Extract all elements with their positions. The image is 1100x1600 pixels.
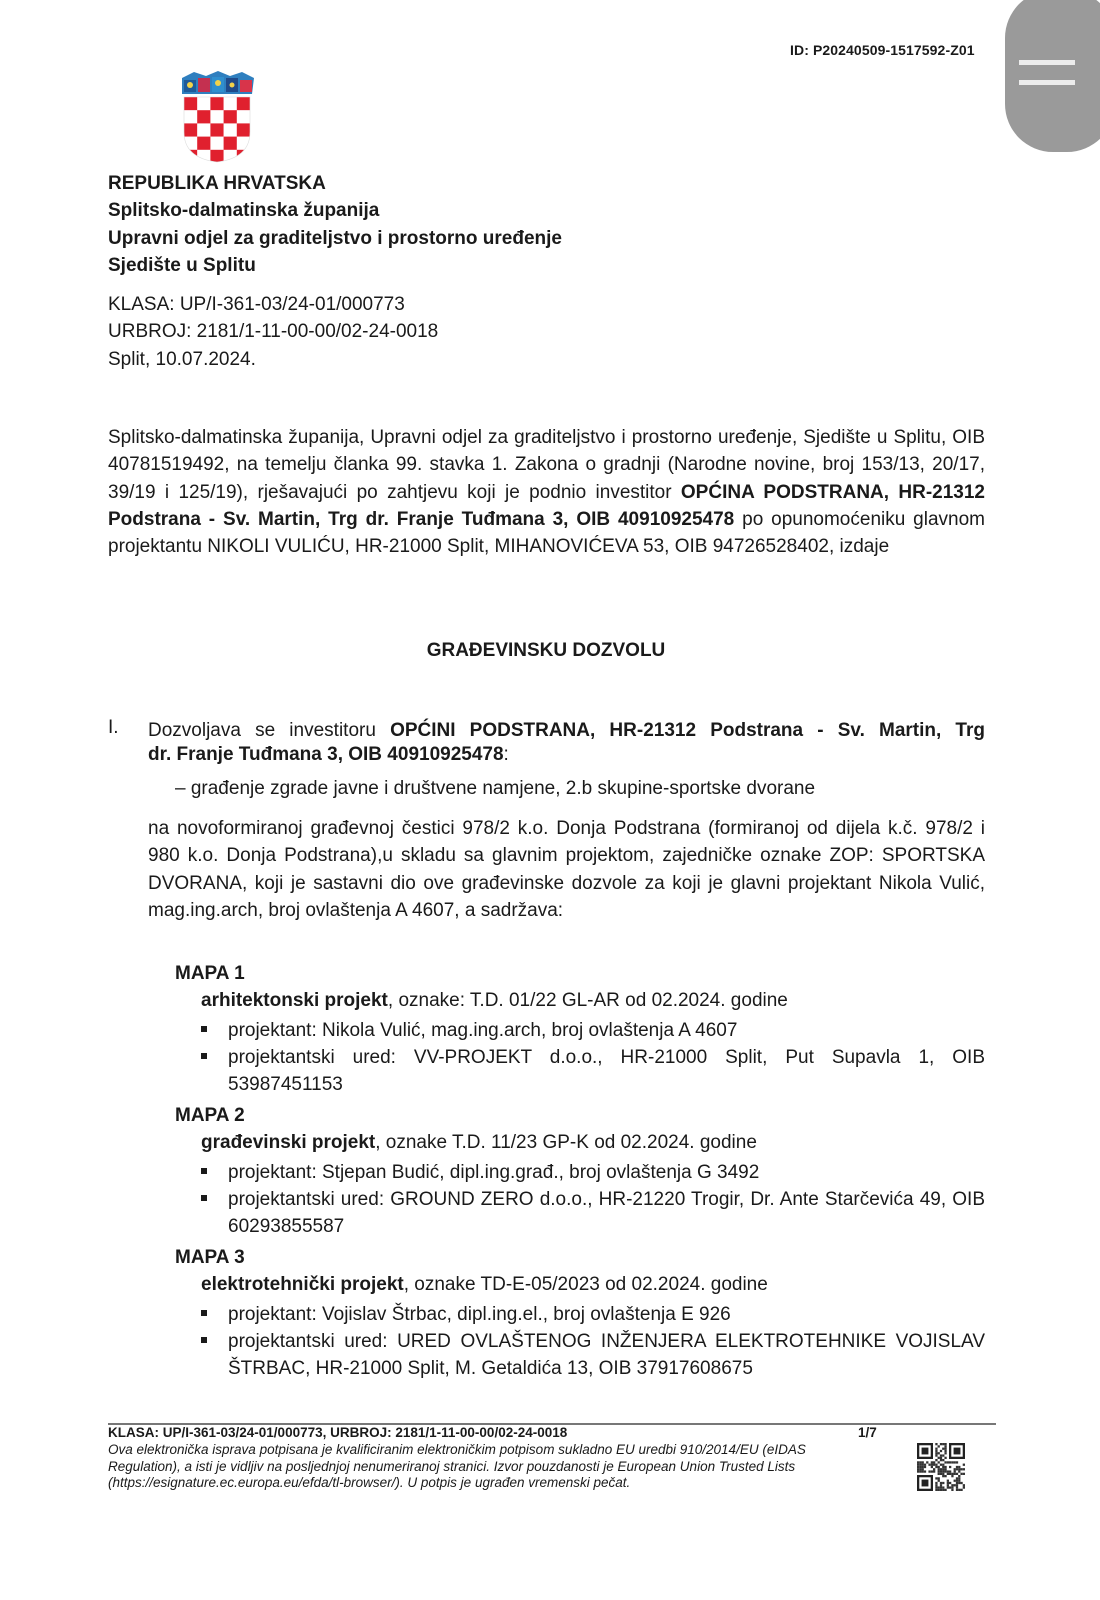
header-line: Splitsko-dalmatinska županija [108,200,379,222]
list-item: projektant: Stjepan Budić, dipl.ing.građ… [201,1159,985,1186]
croatian-coat-of-arms-icon [178,70,256,164]
header-line: Upravni odjel za graditeljstvo i prostor… [108,228,562,250]
list-item: projektantski ured: URED OVLAŠTENOG INŽE… [201,1328,985,1355]
mapa-title: MAPA 2 [175,1105,245,1127]
section-lead: Dozvoljava se investitoru OPĆINI PODSTRA… [148,717,985,744]
mapa-desc: elektrotehnički projekt, oznake TD-E-05/… [201,1274,768,1296]
bullet-icon [201,1168,207,1174]
qr-code-icon[interactable] [917,1443,965,1491]
mapa-desc: građevinski projekt, oznake T.D. 11/23 G… [201,1132,757,1154]
list-item: projektantski ured: VV-PROJEKT d.o.o., H… [201,1044,985,1071]
bullet-icon [201,1053,207,1059]
menu-handle-button[interactable] [1005,0,1100,152]
klasa: KLASA: UP/I-361-03/24-01/000773 [108,294,405,316]
list-item: projektant: Vojislav Štrbac, dipl.ing.el… [201,1301,985,1328]
footer-klasa-urbroj: KLASA: UP/I-361-03/24-01/000773, URBROJ:… [108,1425,567,1440]
mapa-title: MAPA 1 [175,963,245,985]
document-id: ID: P20240509-1517592-Z01 [790,42,975,58]
section-body: na novoformiranoj građevnoj čestici 978/… [148,815,985,924]
bullet-icon [201,1026,207,1032]
place-date: Split, 10.07.2024. [108,349,256,371]
list-item: projektant: Nikola Vulić, mag.ing.arch, … [201,1017,985,1044]
page-number: 1/7 [858,1425,877,1440]
urbroj: URBROJ: 2181/1-11-00-00/02-24-0018 [108,321,438,343]
mapa-desc: arhitektonski projekt, oznake: T.D. 01/2… [201,990,788,1012]
signature-note: Ova elektronička isprava potpisana je kv… [108,1442,868,1492]
intro-paragraph: Splitsko-dalmatinska županija, Upravni o… [108,424,985,560]
menu-icon-bar [1019,60,1075,65]
section-numeral: I. [108,717,119,739]
header-line: REPUBLIKA HRVATSKA [108,173,326,195]
bullet-icon [201,1310,207,1316]
menu-icon-bar [1019,80,1075,85]
list-item: projektantski ured: GROUND ZERO d.o.o., … [201,1186,985,1213]
header-line: Sjedište u Splitu [108,255,256,277]
dash-item: – građenje zgrade javne i društvene namj… [175,778,815,800]
bullet-icon [201,1195,207,1201]
section-lead-cont: dr. Franje Tuđmana 3, OIB 40910925478: [148,744,509,766]
document-title: GRAĐEVINSKU DOZVOLU [0,640,1092,662]
bullet-icon [201,1337,207,1343]
mapa-title: MAPA 3 [175,1247,245,1269]
